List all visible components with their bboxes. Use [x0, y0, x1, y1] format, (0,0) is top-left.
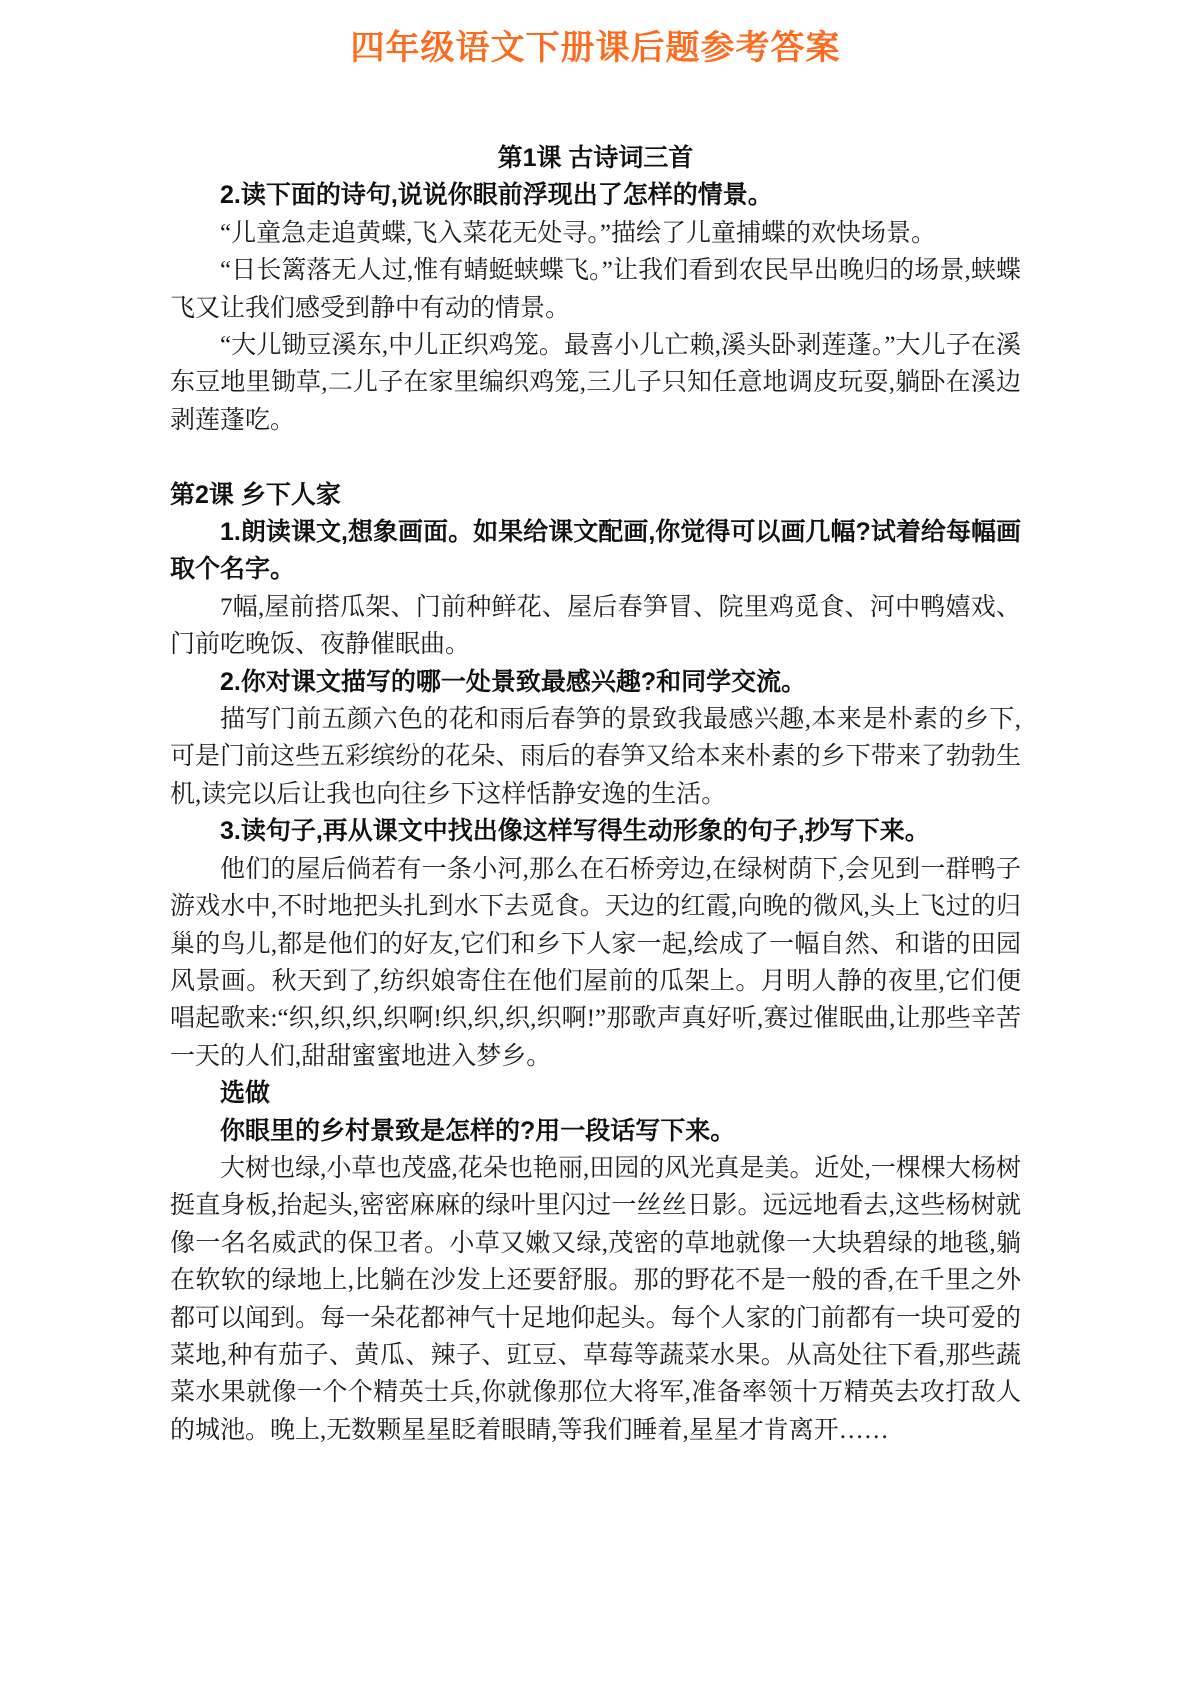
answer-paragraph: 7幅,屋前搭瓜架、门前种鲜花、屋后春笋冒、院里鸡觅食、河中鸭嬉戏、门前吃晚饭、夜…	[170, 589, 1021, 664]
answer-paragraph: 描写门前五颜六色的花和雨后春笋的景致我最感兴趣,本来是朴素的乡下,可是门前这些五…	[170, 701, 1021, 813]
section-heading-lesson-1: 第1课 古诗词三首	[170, 140, 1021, 177]
answer-paragraph: “儿童急走追黄蝶,飞入菜花无处寻。”描绘了儿童捕蝶的欢快场景。	[170, 215, 1021, 252]
answer-paragraph: “日长篱落无人过,惟有蜻蜓蛱蝶飞。”让我们看到农民早出晚归的场景,蛱蝶飞又让我们…	[170, 252, 1021, 327]
question-paragraph: 1.朗读课文,想象画面。如果给课文配画,你觉得可以画几幅?试着给每幅画取个名字。	[170, 514, 1021, 589]
answer-paragraph: 大树也绿,小草也茂盛,花朵也艳丽,田园的风光真是美。近处,一棵棵大杨树挺直身板,…	[170, 1150, 1021, 1449]
question-paragraph: 2.读下面的诗句,说说你眼前浮现出了怎样的情景。	[170, 177, 1021, 214]
question-paragraph: 你眼里的乡村景致是怎样的?用一段话写下来。	[170, 1113, 1021, 1150]
optional-task-label: 选做	[170, 1075, 1021, 1112]
section-spacer	[170, 439, 1021, 476]
page-title: 四年级语文下册课后题参考答案	[170, 28, 1021, 68]
section-heading-lesson-2: 第2课 乡下人家	[170, 477, 1021, 514]
question-paragraph: 3.读句子,再从课文中找出像这样写得生动形象的句子,抄写下来。	[170, 813, 1021, 850]
answer-paragraph: “大儿锄豆溪东,中儿正织鸡笼。最喜小儿亡赖,溪头卧剥莲蓬。”大儿子在溪东豆地里锄…	[170, 327, 1021, 439]
section-lesson-2: 第2课 乡下人家 1.朗读课文,想象画面。如果给课文配画,你觉得可以画几幅?试着…	[170, 477, 1021, 1450]
section-lesson-1: 第1课 古诗词三首 2.读下面的诗句,说说你眼前浮现出了怎样的情景。 “儿童急走…	[170, 140, 1021, 439]
question-paragraph: 2.你对课文描写的哪一处景致最感兴趣?和同学交流。	[170, 664, 1021, 701]
document-page: 四年级语文下册课后题参考答案 第1课 古诗词三首 2.读下面的诗句,说说你眼前浮…	[0, 0, 1191, 1684]
answer-paragraph: 他们的屋后倘若有一条小河,那么在石桥旁边,在绿树荫下,会见到一群鸭子游戏水中,不…	[170, 851, 1021, 1075]
